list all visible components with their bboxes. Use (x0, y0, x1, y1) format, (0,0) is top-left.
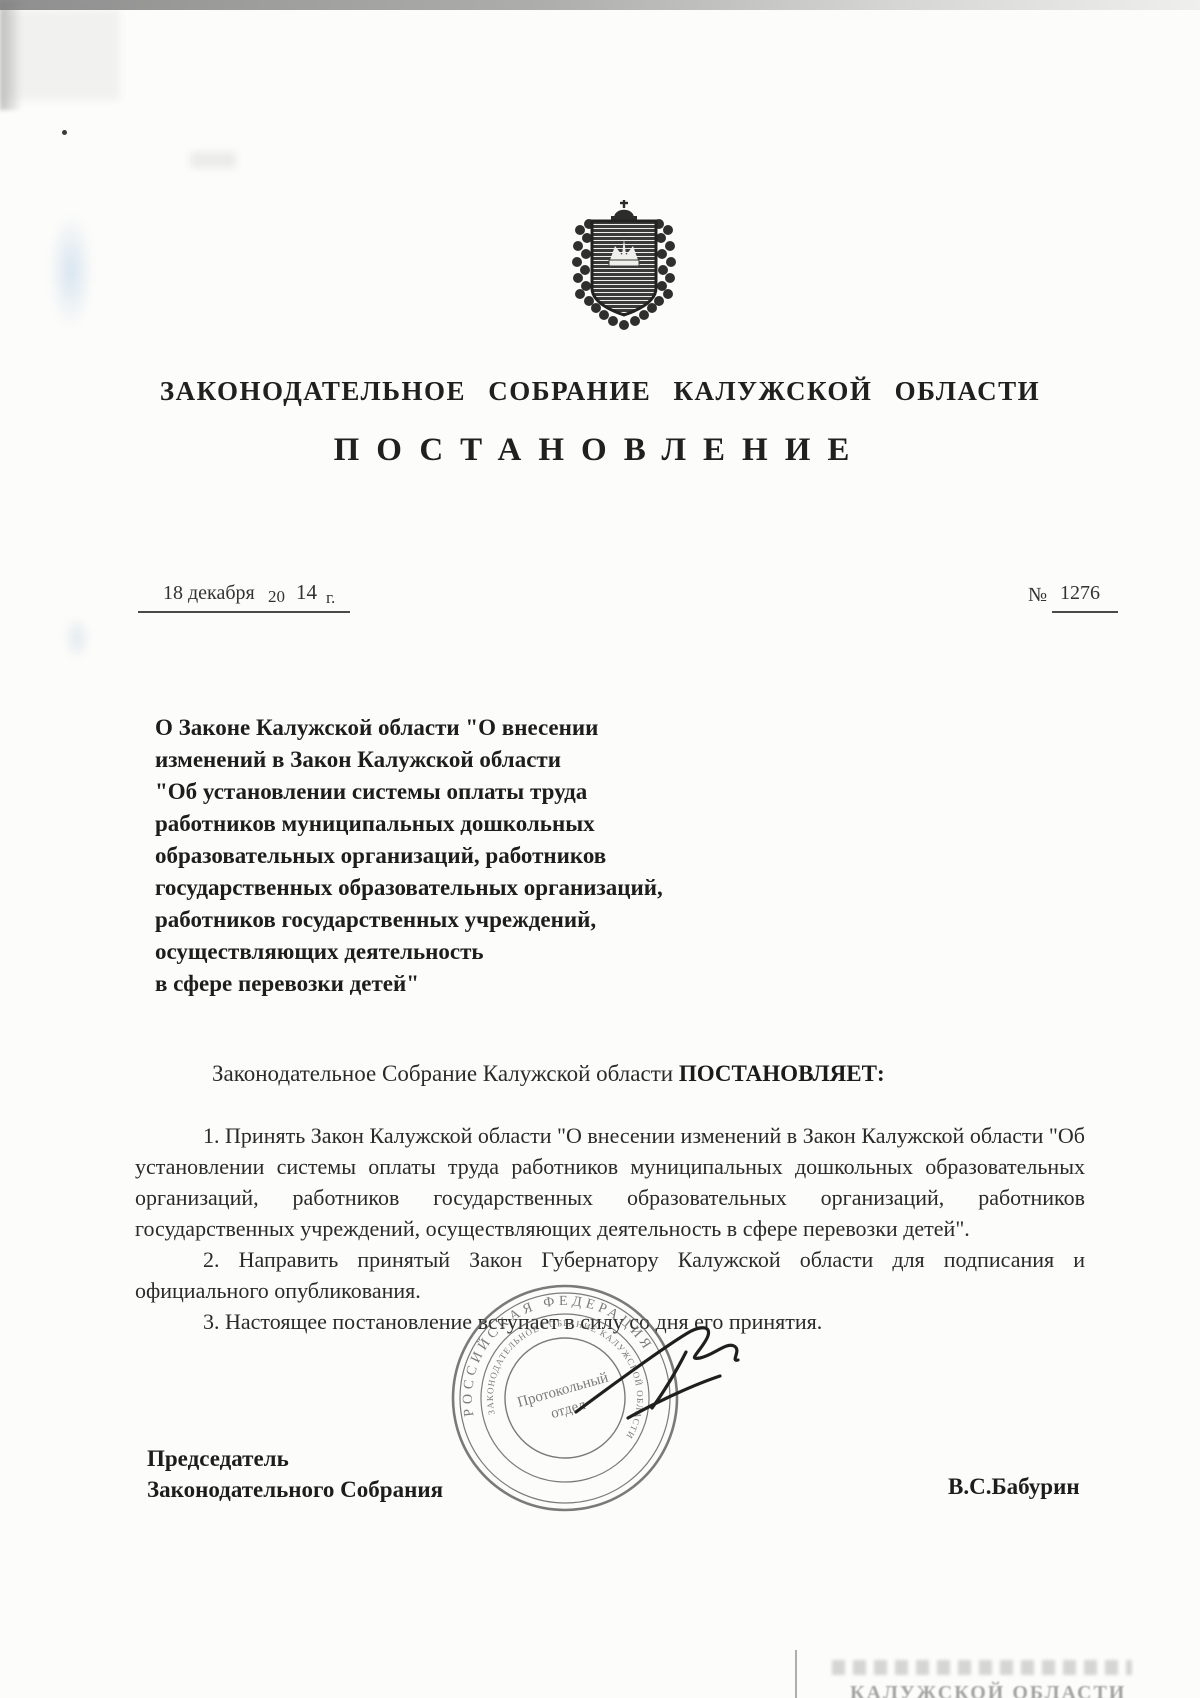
doc-type-title: ПОСТАНОВЛЕНИЕ (0, 432, 1200, 469)
year-prefix: 20 (268, 587, 285, 607)
coat-of-arms-icon (562, 198, 686, 332)
resolves-intro: Законодательное Собрание Калужской облас… (212, 1061, 679, 1086)
subject-line: работников муниципальных дошкольных (155, 808, 775, 840)
subject-line: работников государственных учреждений, (155, 904, 775, 936)
scanned-resolution-page: ЗАКОНОДАТЕЛЬНОЕ СОБРАНИЕ КАЛУЖСКОЙ ОБЛАС… (0, 0, 1200, 1698)
subject-line: образовательных организаций, работников (155, 840, 775, 872)
number-value: 1276 (1060, 582, 1100, 605)
subject-line: осуществляющих деятельность (155, 936, 775, 968)
footer-stamp-smudge (832, 1660, 1132, 1675)
subject-block: О Законе Калужской области "О внесении и… (155, 712, 775, 1000)
scan-edge-band (0, 0, 1200, 10)
org-name-heading: ЗАКОНОДАТЕЛЬНОЕ СОБРАНИЕ КАЛУЖСКОЙ ОБЛАС… (0, 376, 1200, 407)
signature-name: В.С.Бабурин (948, 1474, 1080, 1500)
subject-line: в сфере перевозки детей" (155, 968, 775, 1000)
signature-title-line1: Председатель (147, 1443, 443, 1474)
subject-line: изменений в Закон Калужской области (155, 744, 775, 776)
subject-line: государственных образовательных организа… (155, 872, 775, 904)
number-sign: № (1028, 584, 1047, 607)
subject-line: "Об установлении системы оплаты труда (155, 776, 775, 808)
footer-stamp-line (795, 1650, 797, 1698)
year-suffix: г. (326, 588, 335, 608)
subject-line: О Законе Калужской области "О внесении (155, 712, 775, 744)
signature-title: Председатель Законодательного Собрания (147, 1443, 443, 1505)
resolves-line: Законодательное Собрание Калужской облас… (212, 1061, 1112, 1087)
scan-smudge (48, 212, 94, 330)
date-underline (138, 611, 350, 613)
scan-wash (0, 10, 120, 100)
number-underline (1052, 611, 1118, 613)
footer-stamp-text: КАЛУЖСКОЙ ОБЛАСТИ (850, 1682, 1126, 1698)
dateline: 18 декабря 20 14 г. № 1276 (0, 582, 1200, 622)
date-value: 18 декабря (163, 582, 255, 605)
ink-dot (62, 130, 67, 135)
resolves-verb: ПОСТАНОВЛЯЕТ: (679, 1061, 885, 1086)
scan-smudge (190, 152, 236, 168)
paragraph-1: 1. Принять Закон Калужской области "О вн… (135, 1120, 1085, 1244)
year-value: 14 (296, 580, 317, 605)
signature-title-line2: Законодательного Собрания (147, 1474, 443, 1505)
signature-icon (568, 1300, 763, 1435)
